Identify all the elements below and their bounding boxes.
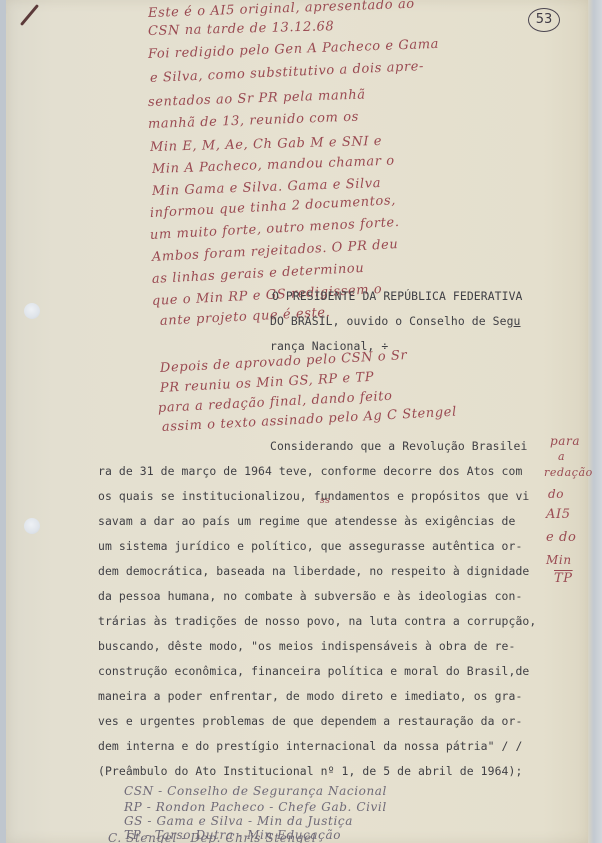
margin-note-line: Min — [546, 553, 572, 567]
margin-note-line: redação — [544, 466, 593, 479]
typed-line: um sistema jurídico e político, que asse… — [98, 539, 522, 553]
scan-right-edge — [588, 0, 602, 843]
legend-line: RP - Rondon Pacheco - Chefe Gab. Civil — [124, 800, 387, 814]
scanned-document: 53 Este é o AI5 original, apresentado ao… — [0, 0, 602, 843]
typed-fragment: DO BRASIL, ouvido o Conselho de Seg — [270, 314, 514, 328]
page-number-circled: 53 — [528, 8, 560, 32]
typed-line: (Preâmbulo do Ato Institucional nº 1, de… — [98, 764, 522, 778]
inline-correction: ss — [320, 496, 330, 506]
typed-line: da pessoa humana, no combate à subversão… — [98, 589, 522, 603]
typed-line: buscando, dêste modo, "os meios indispen… — [98, 639, 515, 653]
margin-note-line: do — [548, 487, 564, 501]
margin-note-line: para — [550, 434, 580, 448]
margin-note-line: a — [558, 450, 565, 463]
margin-note-line: e do — [546, 530, 576, 545]
legend-line: GS - Gama e Silva - Min da Justiça — [124, 814, 353, 828]
typed-line: maneira a poder enfrentar, de modo diret… — [98, 689, 522, 703]
typed-line: os quais se institucionalizou, fundament… — [98, 489, 529, 503]
punch-hole-bottom — [24, 518, 40, 534]
legend-line: C. Stengel - Dep. Chris Stengel — [108, 831, 316, 843]
typed-line: O PRESIDENTE DA REPÚBLICA FEDERATIVA — [272, 289, 522, 303]
typed-line: dem interna e do prestígio internacional… — [98, 739, 522, 753]
typed-line: Considerando que a Revolução Brasilei — [270, 439, 527, 453]
typed-line: savam a dar ao país um regime que atende… — [98, 514, 515, 528]
margin-note-line: AI5 — [546, 507, 571, 522]
typed-line: ra de 31 de março de 1964 teve, conforme… — [98, 464, 522, 478]
punch-hole-top — [24, 303, 40, 319]
typed-line: construção econômica, financeira polític… — [98, 664, 529, 678]
legend-line: CSN - Conselho de Segurança Nacional — [124, 784, 387, 798]
typed-line: trárias às tradições de nosso povo, na l… — [98, 614, 536, 628]
typed-underlined-fragment: u — [514, 314, 521, 328]
typed-line: ves e urgentes problemas de que dependem… — [98, 714, 522, 728]
typed-line: DO BRASIL, ouvido o Conselho de Segu — [270, 314, 521, 328]
margin-note-line: TP — [554, 571, 573, 586]
typed-line: dem democrática, baseada na liberdade, n… — [98, 564, 529, 578]
